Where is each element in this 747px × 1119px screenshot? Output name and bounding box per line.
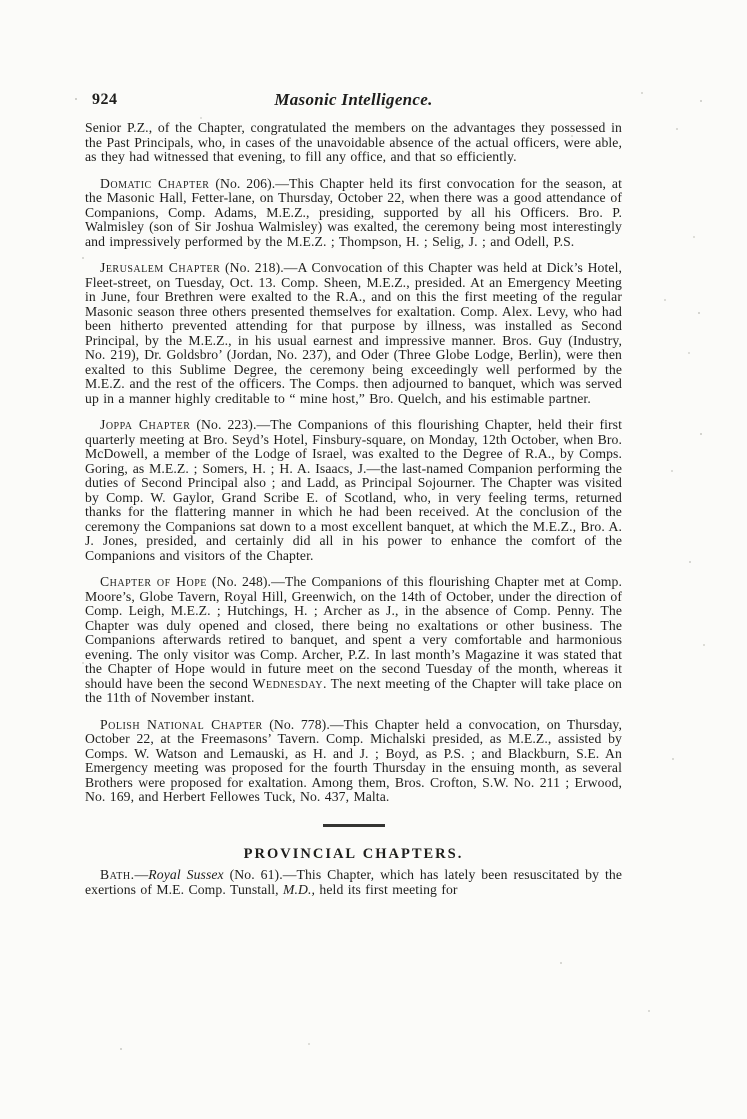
text-run: — [135, 867, 149, 882]
text-run: Domatic Chapter [100, 176, 209, 191]
text-run: held its first meeting for [315, 882, 458, 897]
text-run: Senior P.Z., of the Chapter, congratulat… [85, 120, 622, 164]
text-run: Jerusalem Chapter [100, 260, 220, 275]
section-divider-rule [323, 824, 385, 827]
paragraph: Senior P.Z., of the Chapter, congratulat… [85, 121, 622, 165]
paragraph: Joppa Chapter (No. 223).—The Companions … [85, 418, 622, 563]
text-run: (No. 248).—The Companions of this flouri… [85, 574, 622, 691]
text-run: M.D., [283, 882, 315, 897]
running-title: Masonic Intelligence. [85, 90, 622, 110]
article-column: Senior P.Z., of the Chapter, congratulat… [85, 121, 622, 897]
scanned-page: 924 Masonic Intelligence. Senior P.Z., o… [0, 0, 747, 1119]
text-run: Wednesday [253, 676, 323, 691]
scan-noise [0, 0, 2, 2]
text-run: Polish National Chapter [100, 717, 263, 732]
text-run: Chapter of Hope [100, 574, 207, 589]
section-heading: PROVINCIAL CHAPTERS. [85, 847, 622, 862]
text-run: Bath. [100, 867, 135, 882]
paragraph: Jerusalem Chapter (No. 218).—A Convocati… [85, 261, 622, 406]
provincial-reports: Bath.—Royal Sussex (No. 61).—This Chapte… [85, 868, 622, 897]
text-run: (No. 223).—The Companions of this flouri… [85, 417, 622, 563]
text-run: Royal Sussex [148, 867, 223, 882]
text-run: Joppa Chapter [100, 417, 190, 432]
paragraph: Polish National Chapter (No. 778).—This … [85, 718, 622, 805]
chapter-reports: Senior P.Z., of the Chapter, congratulat… [85, 121, 622, 805]
paragraph: Bath.—Royal Sussex (No. 61).—This Chapte… [85, 868, 622, 897]
page-header: 924 Masonic Intelligence. [85, 90, 622, 110]
text-run: (No. 218).—A Convocation of this Chapter… [85, 260, 622, 406]
paragraph: Chapter of Hope (No. 248).—The Companion… [85, 575, 622, 706]
page-number: 924 [92, 91, 118, 109]
paragraph: Domatic Chapter (No. 206).—This Chapter … [85, 177, 622, 250]
